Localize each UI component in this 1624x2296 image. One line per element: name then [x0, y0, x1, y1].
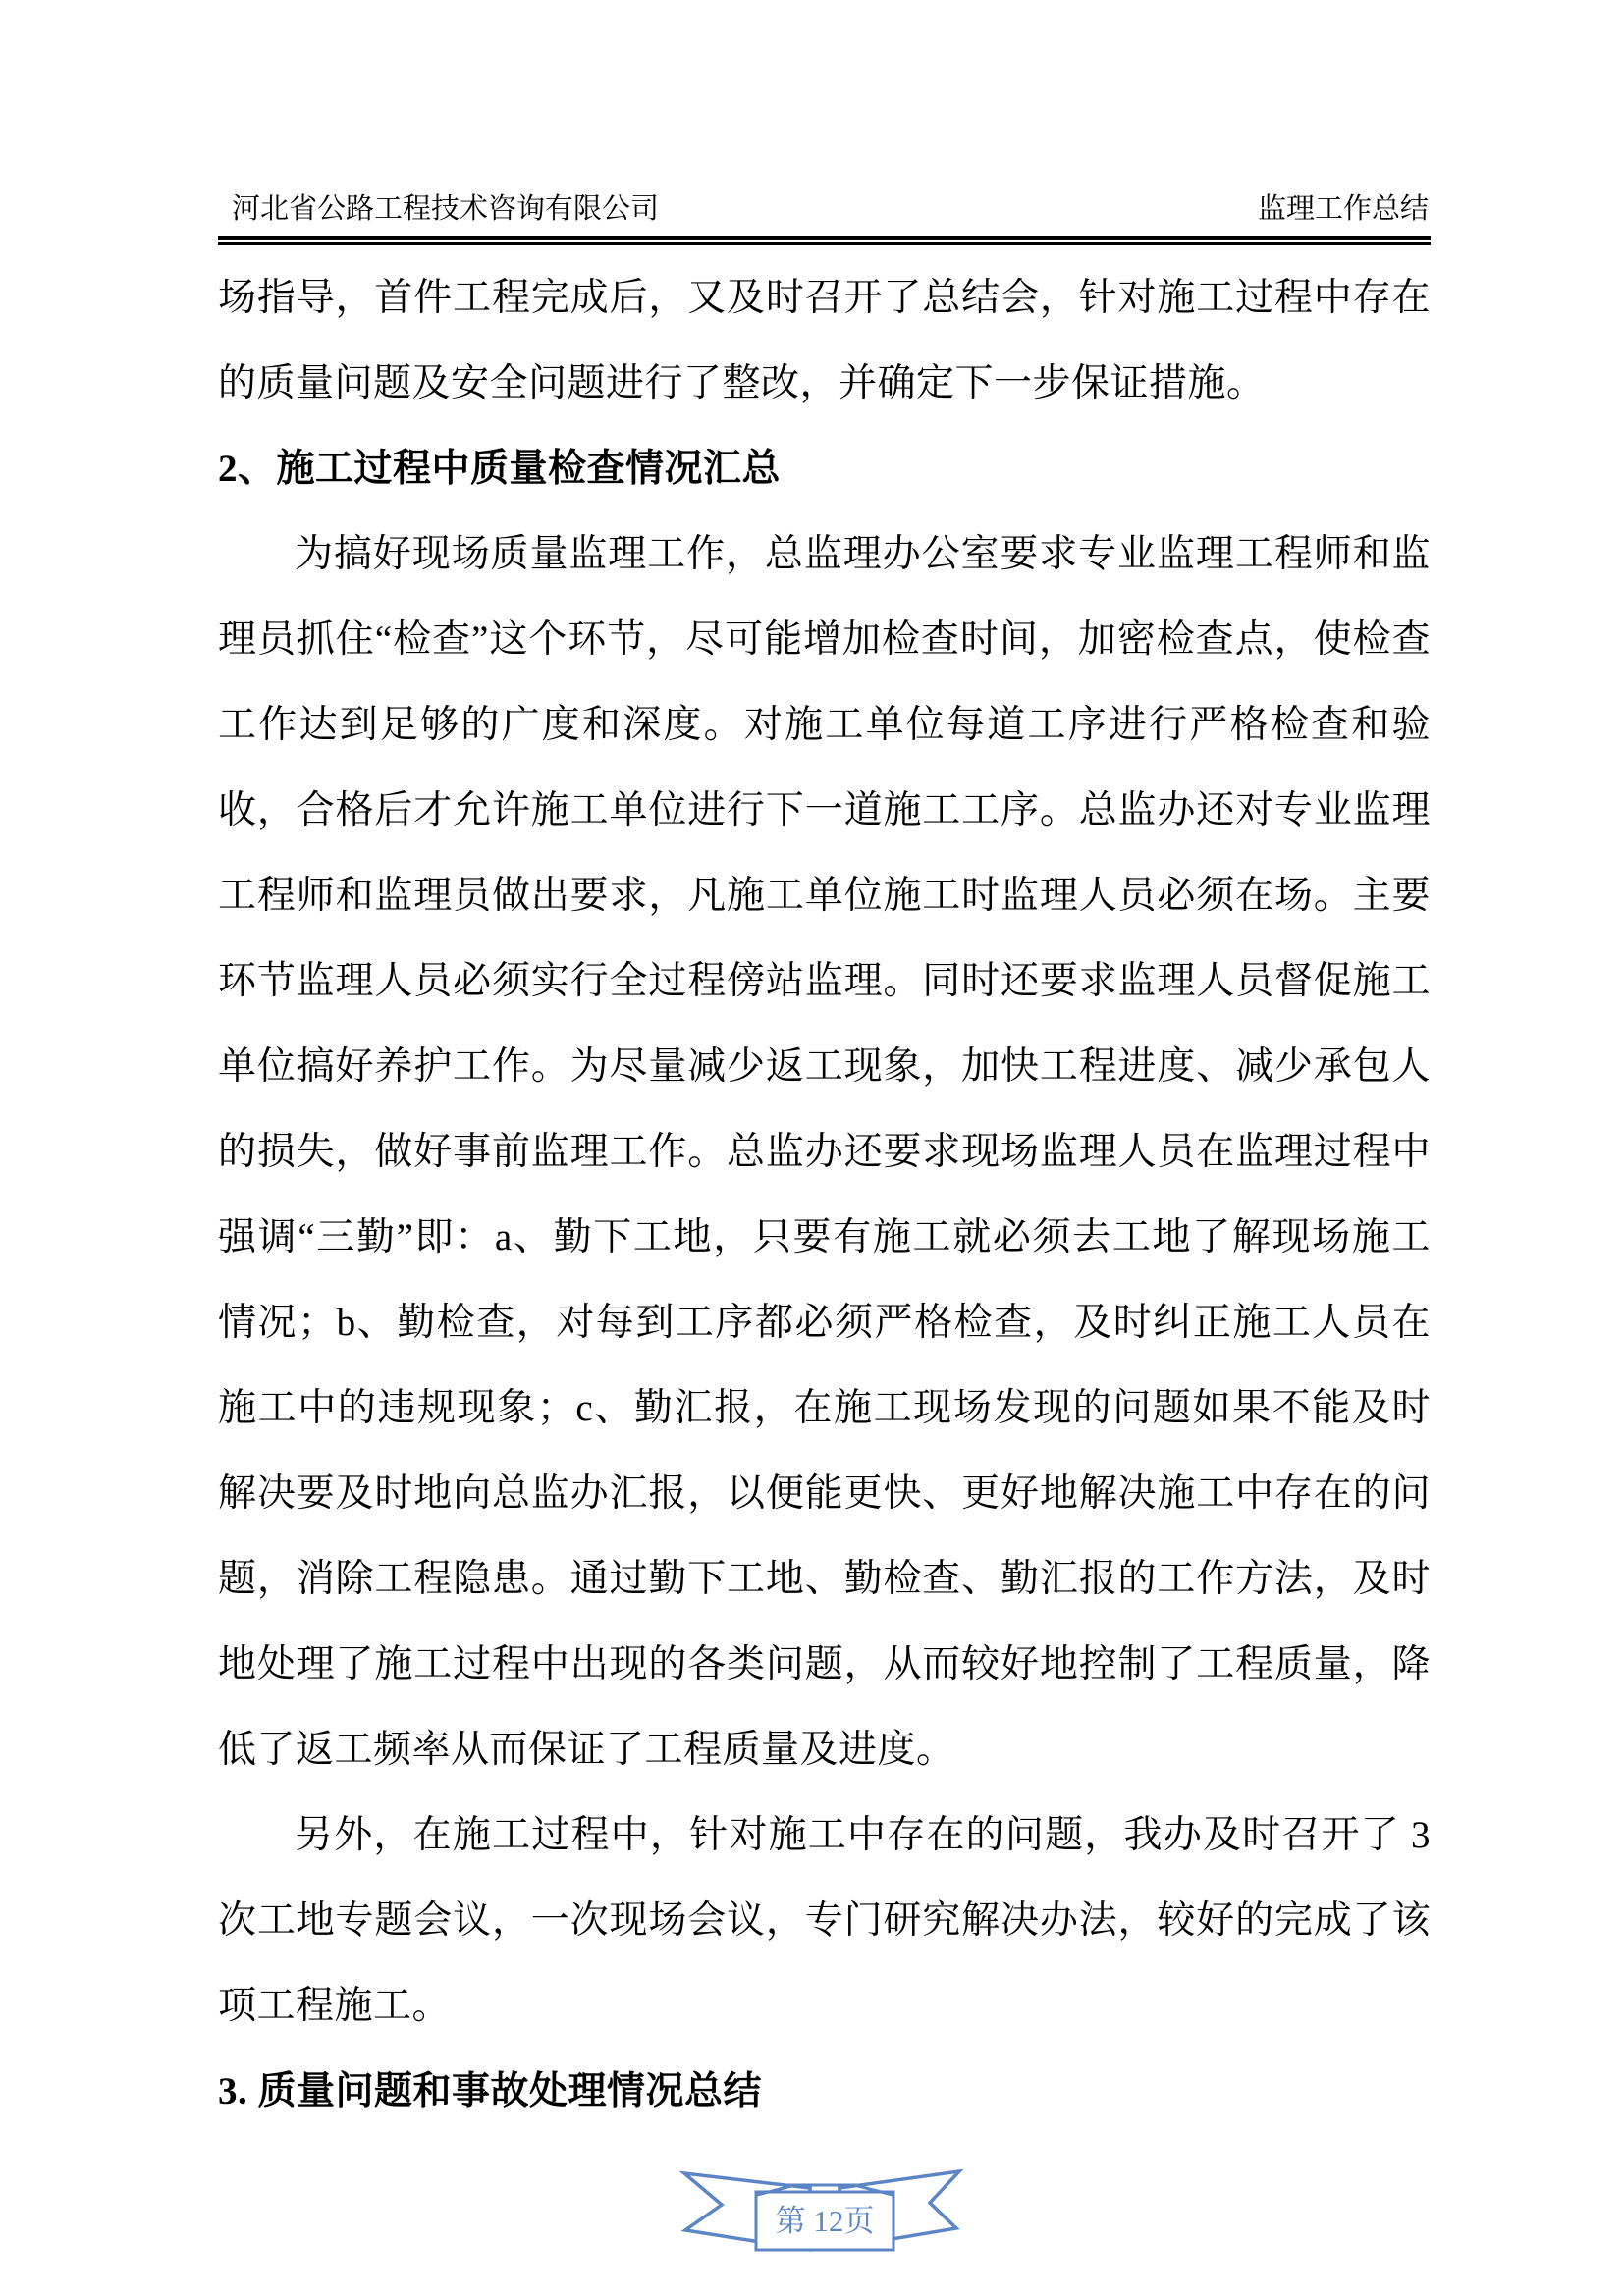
page-number-ribbon: 第 12页: [673, 2160, 969, 2262]
section-heading-3: 3. 质量问题和事故处理情况总结: [218, 2049, 1431, 2134]
page-number-label: 第 12页: [776, 2204, 875, 2238]
header-rule-thin: [218, 242, 1431, 245]
page-content: 河北省公路工程技术咨询有限公司 监理工作总结 场指导，首件工程完成后，又及时召开…: [218, 189, 1431, 2134]
header-doc-title: 监理工作总结: [1258, 189, 1429, 229]
header-company-name: 河北省公路工程技术咨询有限公司: [232, 189, 659, 229]
paragraph-continuation: 场指导，首件工程完成后，又及时召开了总结会，针对施工过程中存在的质量问题及安全问…: [218, 255, 1431, 426]
page-header: 河北省公路工程技术咨询有限公司 监理工作总结: [218, 189, 1431, 229]
header-rule-thick: [218, 236, 1431, 240]
header-double-rule: [218, 236, 1431, 245]
document-page: 河北省公路工程技术咨询有限公司 监理工作总结 场指导，首件工程完成后，又及时召开…: [0, 0, 1624, 2296]
paragraph-section2-main: 为搞好现场质量监理工作，总监理办公室要求专业监理工程师和监理员抓住“检查”这个环…: [218, 511, 1431, 1792]
paragraph-section2-extra: 另外，在施工过程中，针对施工中存在的问题，我办及时召开了 3 次工地专题会议，一…: [218, 1792, 1431, 2049]
section-heading-2: 2、施工过程中质量检查情况汇总: [218, 426, 1431, 511]
document-body: 场指导，首件工程完成后，又及时召开了总结会，针对施工过程中存在的质量问题及安全问…: [218, 255, 1431, 2134]
